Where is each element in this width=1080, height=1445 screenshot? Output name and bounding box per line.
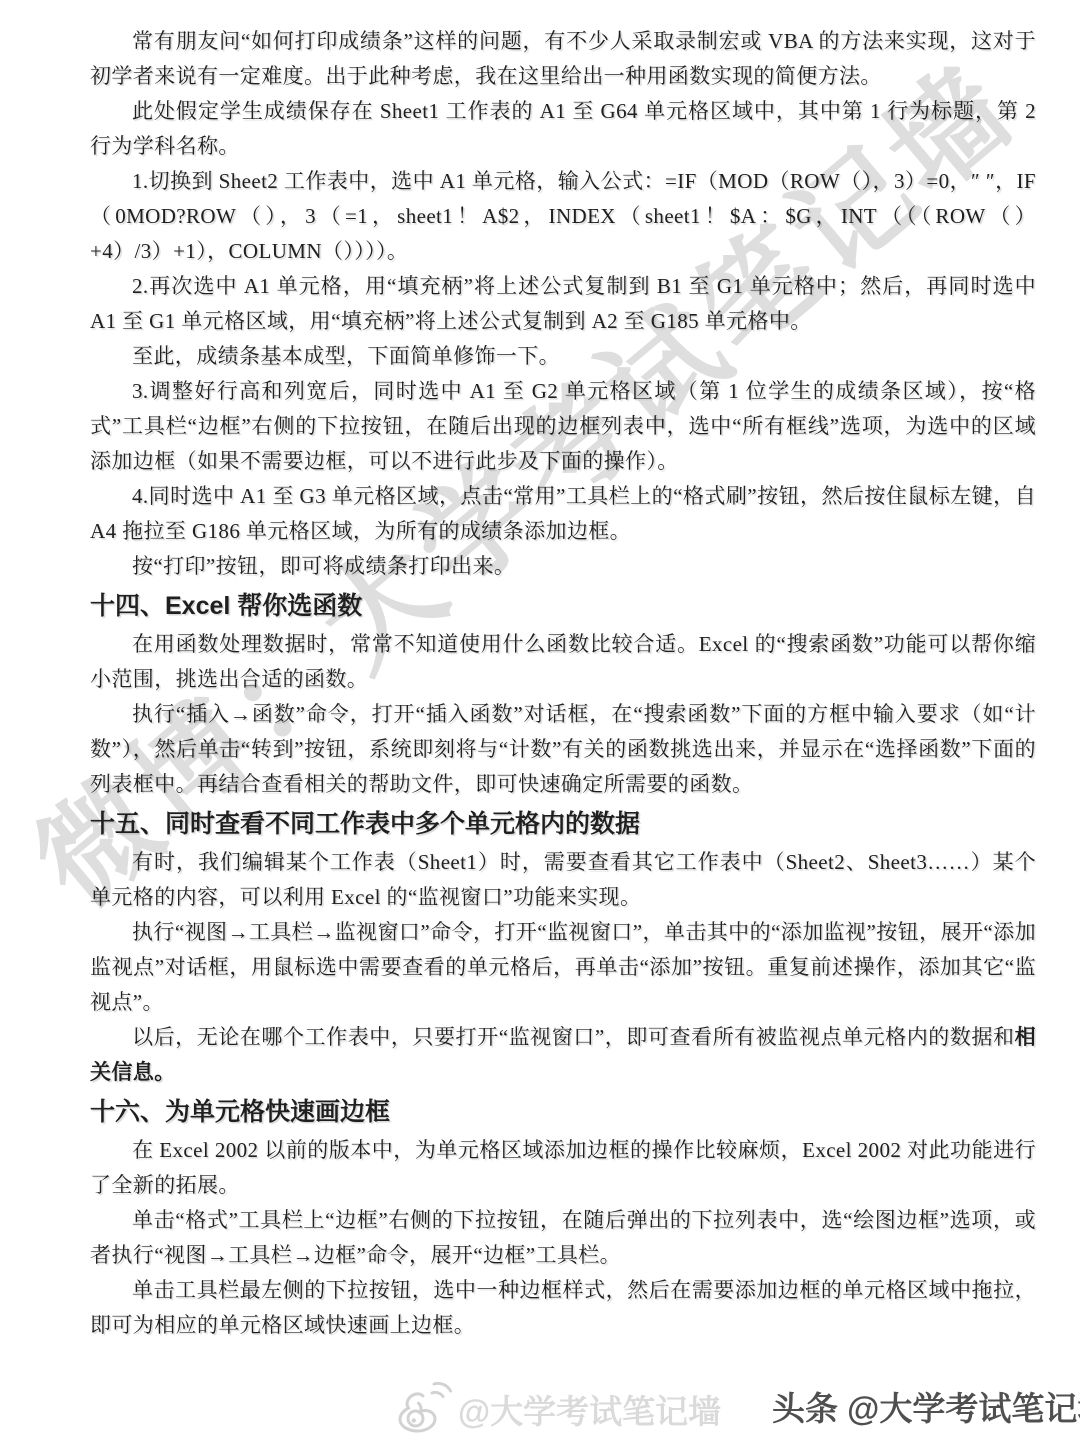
paragraph-16-1: 在 Excel 2002 以前的版本中，为单元格区域添加边框的操作比较麻烦，Ex… — [90, 1133, 1036, 1203]
paragraph-14-2: 执行“插入→函数”命令，打开“插入函数”对话框，在“搜索函数”下面的方框中输入要… — [90, 697, 1036, 802]
paragraph-16-2: 单击“格式”工具栏上“边框”右侧的下拉按钮，在随后弹出的下拉列表中，选“绘图边框… — [90, 1203, 1036, 1273]
section-heading-14: 十四、Excel 帮你选函数 — [90, 584, 1036, 627]
step-4-paragraph: 4.同时选中 A1 至 G3 单元格区域，点击“常用”工具栏上的“格式刷”按钮，… — [90, 479, 1036, 549]
paragraph-15-2: 执行“视图→工具栏→监视窗口”命令，打开“监视窗口”，单击其中的“添加监视”按钮… — [90, 915, 1036, 1020]
weibo-handle-text: @大学考试笔记墙 — [458, 1386, 721, 1433]
weibo-icon — [396, 1380, 452, 1439]
section-heading-16: 十六、为单元格快速画边框 — [90, 1090, 1036, 1133]
paragraph-15-3: 以后，无论在哪个工作表中，只要打开“监视窗口”，即可查看所有被监视点单元格内的数… — [90, 1020, 1036, 1090]
paragraph-intro: 常有朋友问“如何打印成绩条”这样的问题，有不少人采取录制宏或 VBA 的方法来实… — [90, 24, 1036, 94]
weibo-watermark-stamp: @大学考试笔记墙 — [396, 1380, 721, 1439]
step-2-paragraph: 2.再次选中 A1 单元格，用“填充柄”将上述公式复制到 B1 至 G1 单元格… — [90, 269, 1036, 339]
section-heading-15: 十五、同时查看不同工作表中多个单元格内的数据 — [90, 802, 1036, 845]
paragraph-14-1: 在用函数处理数据时，常常不知道使用什么函数比较合适。Excel 的“搜索函数”功… — [90, 627, 1036, 697]
paragraph-note: 至此，成绩条基本成型，下面简单修饰一下。 — [90, 339, 1036, 374]
paragraph-15-3-normal: 以后，无论在哪个工作表中，只要打开“监视窗口”，即可查看所有被监视点单元格内的数… — [132, 1025, 1015, 1049]
paragraph-15-1: 有时，我们编辑某个工作表（Sheet1）时，需要查看其它工作表中（Sheet2、… — [90, 845, 1036, 915]
step-3-paragraph: 3.调整好行高和列宽后，同时选中 A1 至 G2 单元格区域（第 1 位学生的成… — [90, 374, 1036, 479]
paragraph-16-3: 单击工具栏最左侧的下拉按钮，选中一种边框样式，然后在需要添加边框的单元格区域中拖… — [90, 1273, 1036, 1343]
paragraph-assumption: 此处假定学生成绩保存在 Sheet1 工作表的 A1 至 G64 单元格区域中，… — [90, 94, 1036, 164]
toutiao-handle-text: 头条 @大学考试笔记墙 — [772, 1383, 1080, 1430]
paragraph-print: 按“打印”按钮，即可将成绩条打印出来。 — [90, 549, 1036, 584]
document-page: 微博：大学考试笔记墙 常有朋友问“如何打印成绩条”这样的问题，有不少人采取录制宏… — [0, 0, 1080, 1445]
document-body: 常有朋友问“如何打印成绩条”这样的问题，有不少人采取录制宏或 VBA 的方法来实… — [90, 24, 1036, 1343]
step-1-paragraph: 1.切换到 Sheet2 工作表中，选中 A1 单元格，输入公式：=IF（MOD… — [90, 164, 1036, 269]
